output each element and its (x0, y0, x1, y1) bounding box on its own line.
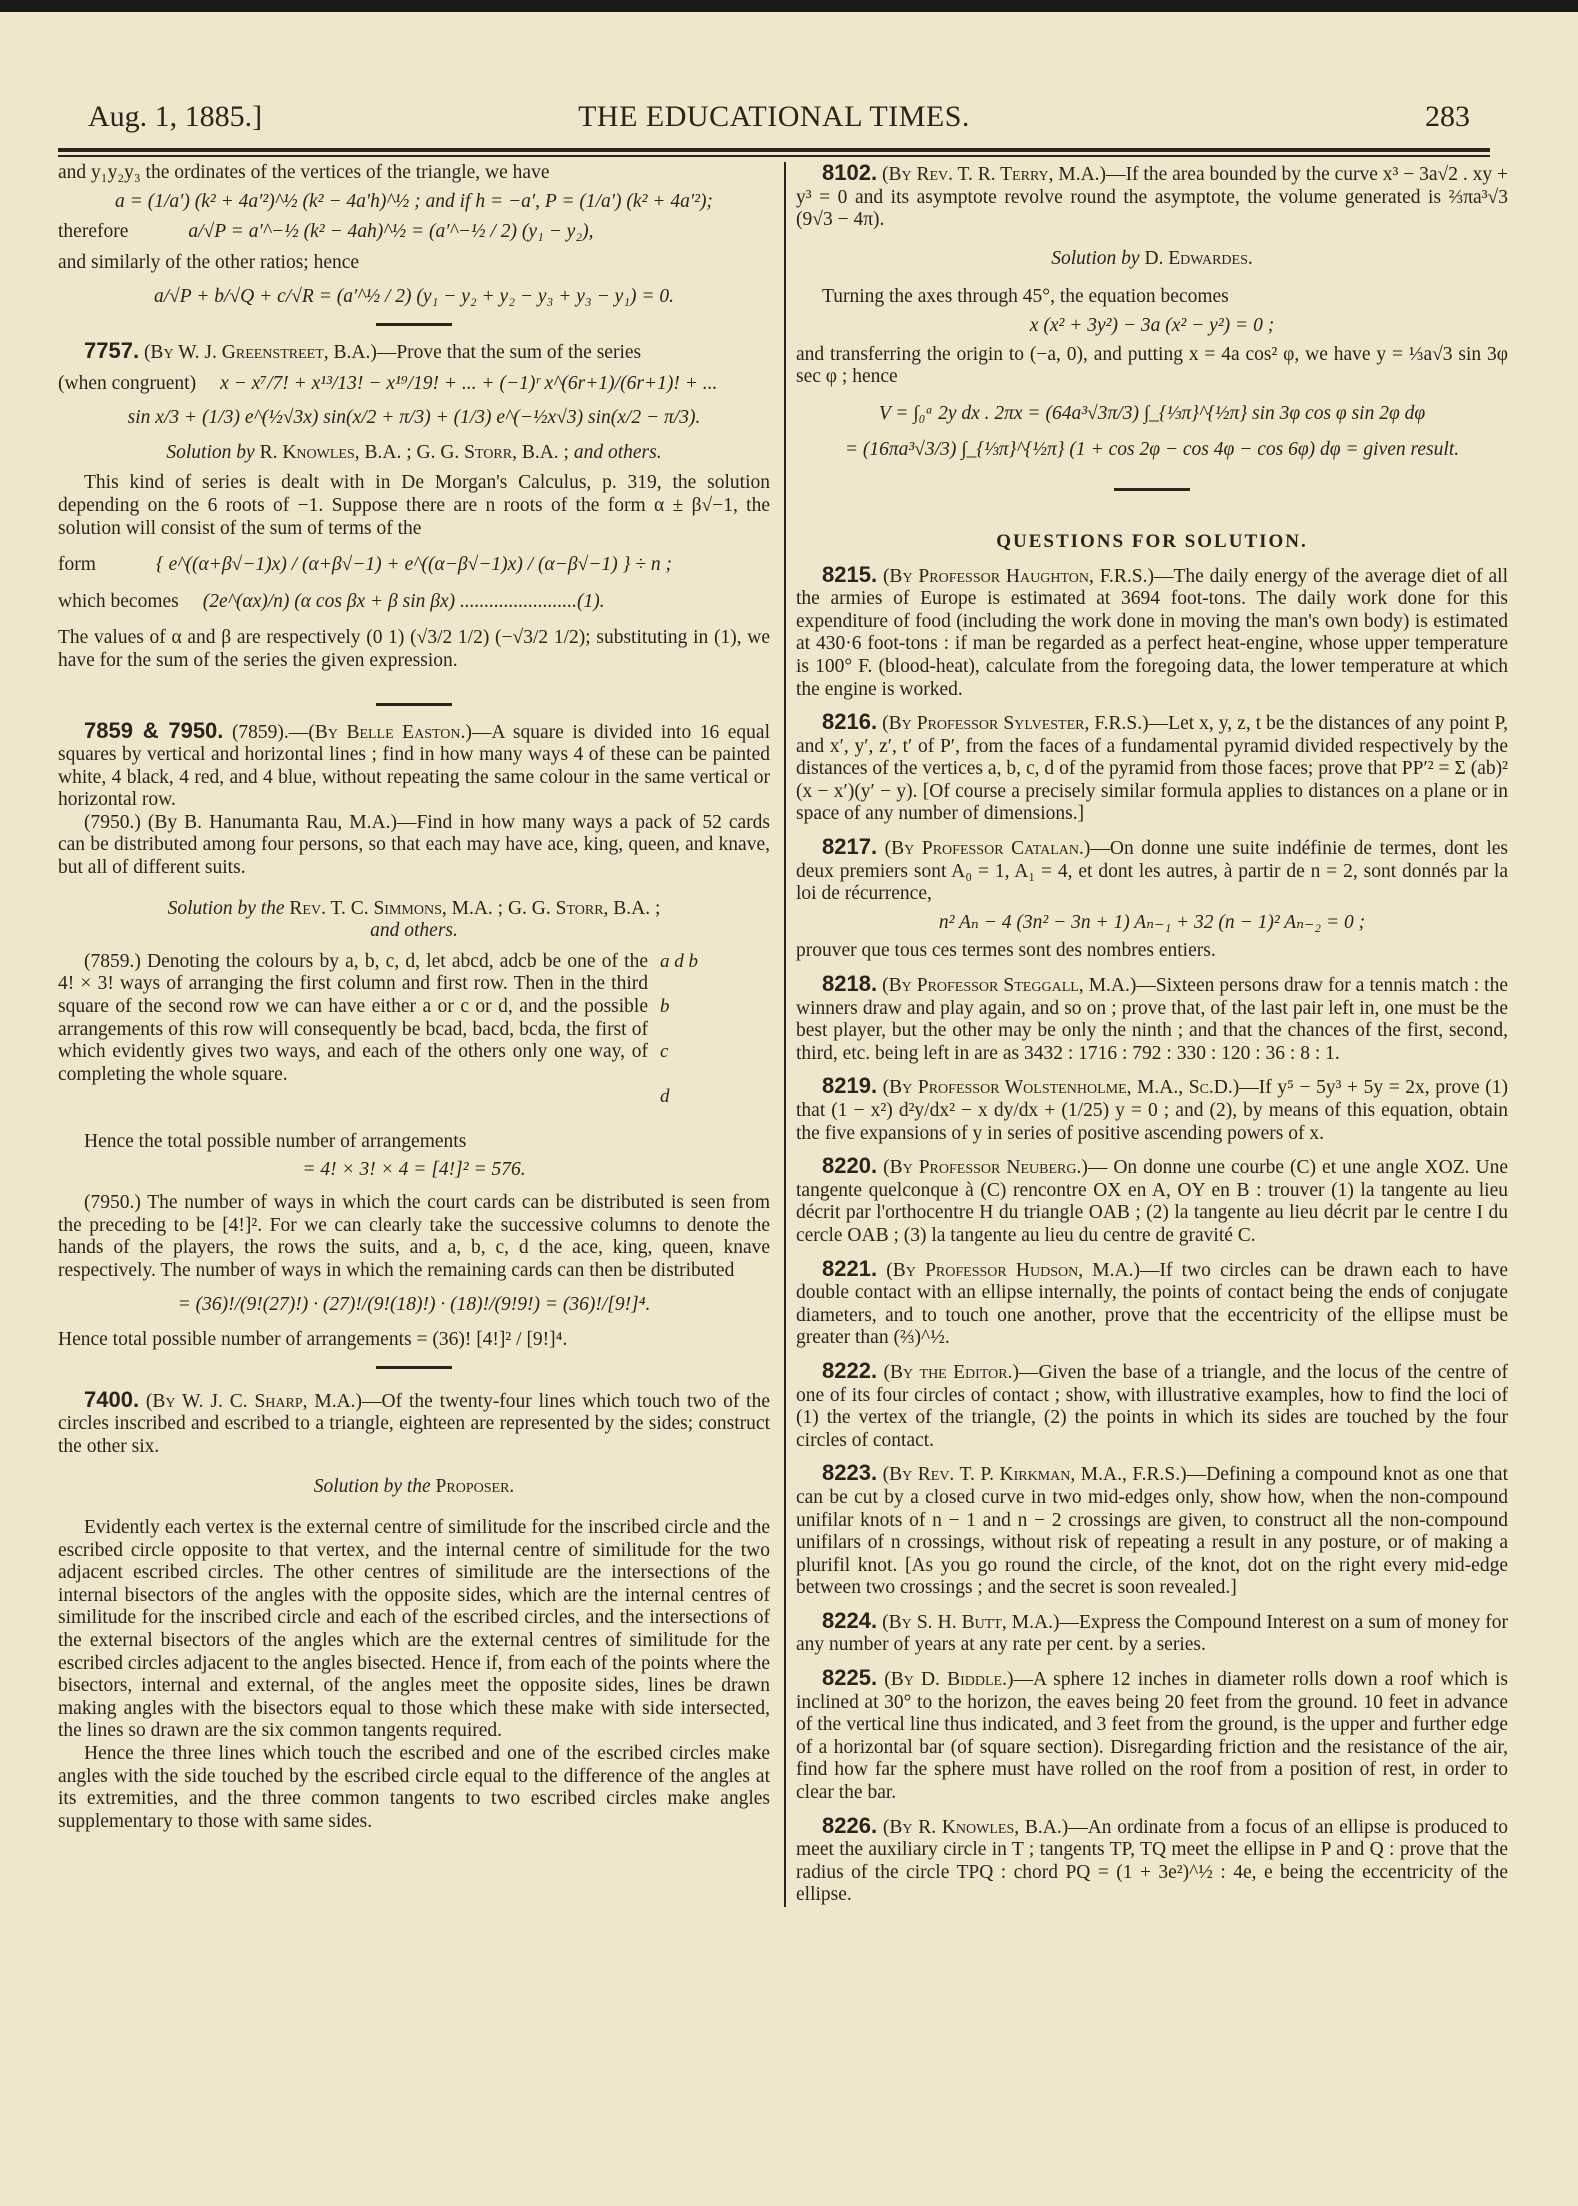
solution-prefix: Solution by the (314, 1476, 431, 1497)
header-rule-thick (58, 148, 1490, 152)
right-column: 8102. (By Rev. T. R. Terry, M.A.)—If the… (784, 162, 1508, 1907)
question-author: (By Professor Hudson, M.A.) (886, 1260, 1140, 1281)
paragraph: (7859.) Denoting the colours by a, b, c,… (58, 951, 648, 1131)
scan-top-edge (0, 0, 1578, 12)
solvers-suffix: and others. (574, 442, 662, 463)
question-number: 8221. (822, 1256, 877, 1281)
colour-grid: a d b b c d (648, 951, 770, 1131)
equation-row: form { e^((α+β√−1)x) / (α+β√−1) + e^((α−… (58, 554, 770, 577)
solution-credit: Solution by R. Knowles, B.A. ; G. G. Sto… (58, 442, 770, 465)
question-author: (By D. Biddle.) (884, 1669, 1013, 1690)
solvers-suffix: and others. (370, 920, 458, 941)
question-number: 8219. (822, 1073, 877, 1098)
question-author: (By Professor Neuberg.) (883, 1157, 1088, 1178)
question-number: 8225. (822, 1665, 877, 1690)
equation-row: (when congruent) x − x⁷/7! + x¹³/13! − x… (58, 373, 770, 396)
equation: x (x² + 3y²) − 3a (x² − y²) = 0 ; (796, 315, 1508, 338)
equation: a = (1/a′) (k² + 4a′²)^½ (k² − 4a′h)^½ ;… (58, 191, 770, 214)
question-8216: 8216. (By Professor Sylvester, F.R.S.)—L… (796, 711, 1508, 826)
question-author: (By Professor Catalan.) (885, 838, 1091, 859)
problem-number: 8102. (822, 160, 877, 185)
problem-author: (By Rev. T. R. Terry, M.A.) (882, 164, 1106, 185)
problem-7859-7950: 7859 & 7950. (7859).—(By Belle Easton.)—… (58, 720, 770, 1352)
paragraph: The values of α and β are respectively (… (58, 627, 770, 672)
problem-8102: 8102. (By Rev. T. R. Terry, M.A.)—If the… (796, 162, 1508, 462)
question-author: (By Professor Wolstenholme, M.A., Sc.D.) (883, 1077, 1240, 1098)
paragraph: and y₁y₂y₃ the ordinates of the vertices… (58, 162, 770, 185)
question-author: (By Rev. T. P. Kirkman, M.A., F.R.S.) (883, 1464, 1187, 1485)
solver: D. Edwardes. (1144, 248, 1252, 269)
question-8225: 8225. (By D. Biddle.)—A sphere 12 inches… (796, 1667, 1508, 1805)
label: form (58, 554, 96, 577)
equation: = (16πa³√3/3) ∫_{⅓π}^{½π} (1 + cos 2φ − … (796, 439, 1508, 462)
section-divider (1114, 488, 1190, 491)
paragraph: and transferring the origin to (−a, 0), … (796, 344, 1508, 389)
paragraph: (7950.) The number of ways in which the … (58, 1192, 770, 1282)
problem-number: 7400. (84, 1387, 139, 1412)
problem-author: —(By Belle Easton.) (289, 722, 472, 743)
question-number: 8217. (822, 834, 877, 859)
section-divider (376, 1366, 452, 1369)
equation: = (36)!/(9!(27)!) · (27)!/(9!(18)!) · (1… (58, 1294, 770, 1317)
question-number: 8226. (822, 1813, 877, 1838)
grid-row: a d b (660, 951, 770, 996)
paragraph: Hence the total possible number of arran… (58, 1131, 770, 1154)
equation: = 4! × 3! × 4 = [4!]² = 576. (58, 1159, 770, 1182)
solvers: R. Knowles, B.A. ; G. G. Storr, B.A. ; (260, 442, 569, 463)
problem-7757: 7757. (By W. J. Greenstreet, B.A.)—Prove… (58, 340, 770, 673)
equation: { e^((α+β√−1)x) / (α+β√−1) + e^((α−β√−1)… (156, 554, 672, 577)
question-tail: prouver que tous ces termes sont des nom… (796, 940, 1508, 963)
question-number: 8223. (822, 1460, 877, 1485)
paragraph: Hence total possible number of arrangeme… (58, 1329, 770, 1352)
question-number: 8216. (822, 709, 877, 734)
problem-number: 7859 & 7950. (84, 718, 223, 743)
header-rule-thin (58, 155, 1490, 157)
question-number: 8220. (822, 1153, 877, 1178)
equation: (2e^(αx)/n) (α cos βx + β sin βx) ......… (203, 591, 605, 614)
solution-prefix: Solution by (1051, 248, 1139, 269)
solution-prefix: Solution by (166, 442, 254, 463)
question-author: (By Professor Haughton, F.R.S.) (883, 566, 1154, 587)
paragraph: (7950.) (By B. Hanumanta Rau, M.A.)—Find… (58, 812, 770, 880)
section-divider (376, 323, 452, 326)
paragraph: Hence the three lines which touch the es… (58, 1743, 770, 1833)
equation: n² Aₙ − 4 (3n² − 3n + 1) Aₙ₋₁ + 32 (n − … (796, 912, 1508, 935)
grid-row: d (660, 1086, 770, 1131)
solution-credit: Solution by the Rev. T. C. Simmons, M.A.… (58, 898, 770, 943)
question-8226: 8226. (By R. Knowles, B.A.)—An ordinate … (796, 1815, 1508, 1907)
problem-number: 7757. (84, 338, 139, 363)
question-number: 8215. (822, 562, 877, 587)
question-author: (By Professor Steggall, M.A.) (882, 975, 1136, 996)
page-number: 283 (1425, 100, 1470, 134)
equation-row: therefore a/√P = a′^−½ (k² − 4ah)^½ = (a… (58, 221, 770, 244)
solver: Proposer. (436, 1476, 515, 1497)
problem-7400: 7400. (By W. J. C. Sharp, M.A.)—Of the t… (58, 1389, 770, 1834)
equation: sin x/3 + (1/3) e^(½√3x) sin(x/2 + π/3) … (58, 407, 770, 430)
question-8223: 8223. (By Rev. T. P. Kirkman, M.A., F.R.… (796, 1462, 1508, 1600)
grid-row: b (660, 996, 770, 1041)
question-8218: 8218. (By Professor Steggall, M.A.)—Sixt… (796, 973, 1508, 1065)
label: which becomes (58, 591, 179, 614)
question-8220: 8220. (By Professor Neuberg.)— On donne … (796, 1155, 1508, 1247)
solvers: Rev. T. C. Simmons, M.A. ; G. G. Storr, … (289, 898, 660, 919)
page-header: Aug. 1, 1885.] THE EDUCATIONAL TIMES. 28… (58, 96, 1490, 140)
section-heading: QUESTIONS FOR SOLUTION. (796, 531, 1508, 554)
equation: a/√P = a′^−½ (k² − 4ah)^½ = (a′^−½ / 2) … (188, 221, 593, 244)
question-author: (By S. H. Butt, M.A.) (882, 1612, 1059, 1633)
question-author: (By R. Knowles, B.A.) (883, 1817, 1068, 1838)
label: (when congruent) (58, 373, 196, 396)
question-8217: 8217. (By Professor Catalan.)—On donne u… (796, 836, 1508, 963)
continued-solution: and y₁y₂y₃ the ordinates of the vertices… (58, 162, 770, 309)
equation-row: which becomes (2e^(αx)/n) (α cos βx + β … (58, 591, 770, 614)
question-8221: 8221. (By Professor Hudson, M.A.)—If two… (796, 1258, 1508, 1350)
problem-text: —Prove that the sum of the series (377, 342, 641, 363)
question-number: 8222. (822, 1358, 877, 1383)
equation: x − x⁷/7! + x¹³/13! − x¹⁹/19! + ... + (−… (220, 373, 717, 396)
paragraph: Evidently each vertex is the external ce… (58, 1517, 770, 1743)
solution-credit: Solution by D. Edwardes. (796, 248, 1508, 271)
left-column: and y₁y₂y₃ the ordinates of the vertices… (58, 162, 770, 1833)
question-8219: 8219. (By Professor Wolstenholme, M.A., … (796, 1075, 1508, 1145)
paragraph: and similarly of the other ratios; hence (58, 252, 770, 275)
label: therefore (58, 221, 128, 244)
sub-number: (7859). (232, 722, 289, 743)
question-author: (By the Editor.) (883, 1362, 1018, 1383)
paragraph: Turning the axes through 45°, the equati… (796, 286, 1508, 309)
section-divider (376, 703, 452, 706)
paragraph: This kind of series is dealt with in De … (58, 472, 770, 540)
newspaper-page: Aug. 1, 1885.] THE EDUCATIONAL TIMES. 28… (58, 96, 1490, 140)
equation: a/√P + b/√Q + c/√R = (a′^½ / 2) (y₁ − y₂… (58, 286, 770, 309)
problem-author: (By W. J. C. Sharp, M.A.) (146, 1391, 362, 1412)
equation: V = ∫₀ᵃ 2y dx . 2πx = (64a³√3π/3) ∫_{⅓π}… (796, 403, 1508, 426)
question-8224: 8224. (By S. H. Butt, M.A.)—Express the … (796, 1610, 1508, 1657)
solution-credit: Solution by the Proposer. (58, 1476, 770, 1499)
question-number: 8218. (822, 971, 877, 996)
question-author: (By Professor Sylvester, F.R.S.) (882, 713, 1149, 734)
grid-row: c (660, 1041, 770, 1086)
problem-author: (By W. J. Greenstreet, B.A.) (144, 342, 377, 363)
solution-prefix: Solution by the (168, 898, 285, 919)
question-8222: 8222. (By the Editor.)—Given the base of… (796, 1360, 1508, 1452)
question-number: 8224. (822, 1608, 877, 1633)
publication-title: THE EDUCATIONAL TIMES. (58, 100, 1490, 134)
question-8215: 8215. (By Professor Haughton, F.R.S.)—Th… (796, 564, 1508, 702)
solution-with-grid: (7859.) Denoting the colours by a, b, c,… (58, 951, 770, 1131)
